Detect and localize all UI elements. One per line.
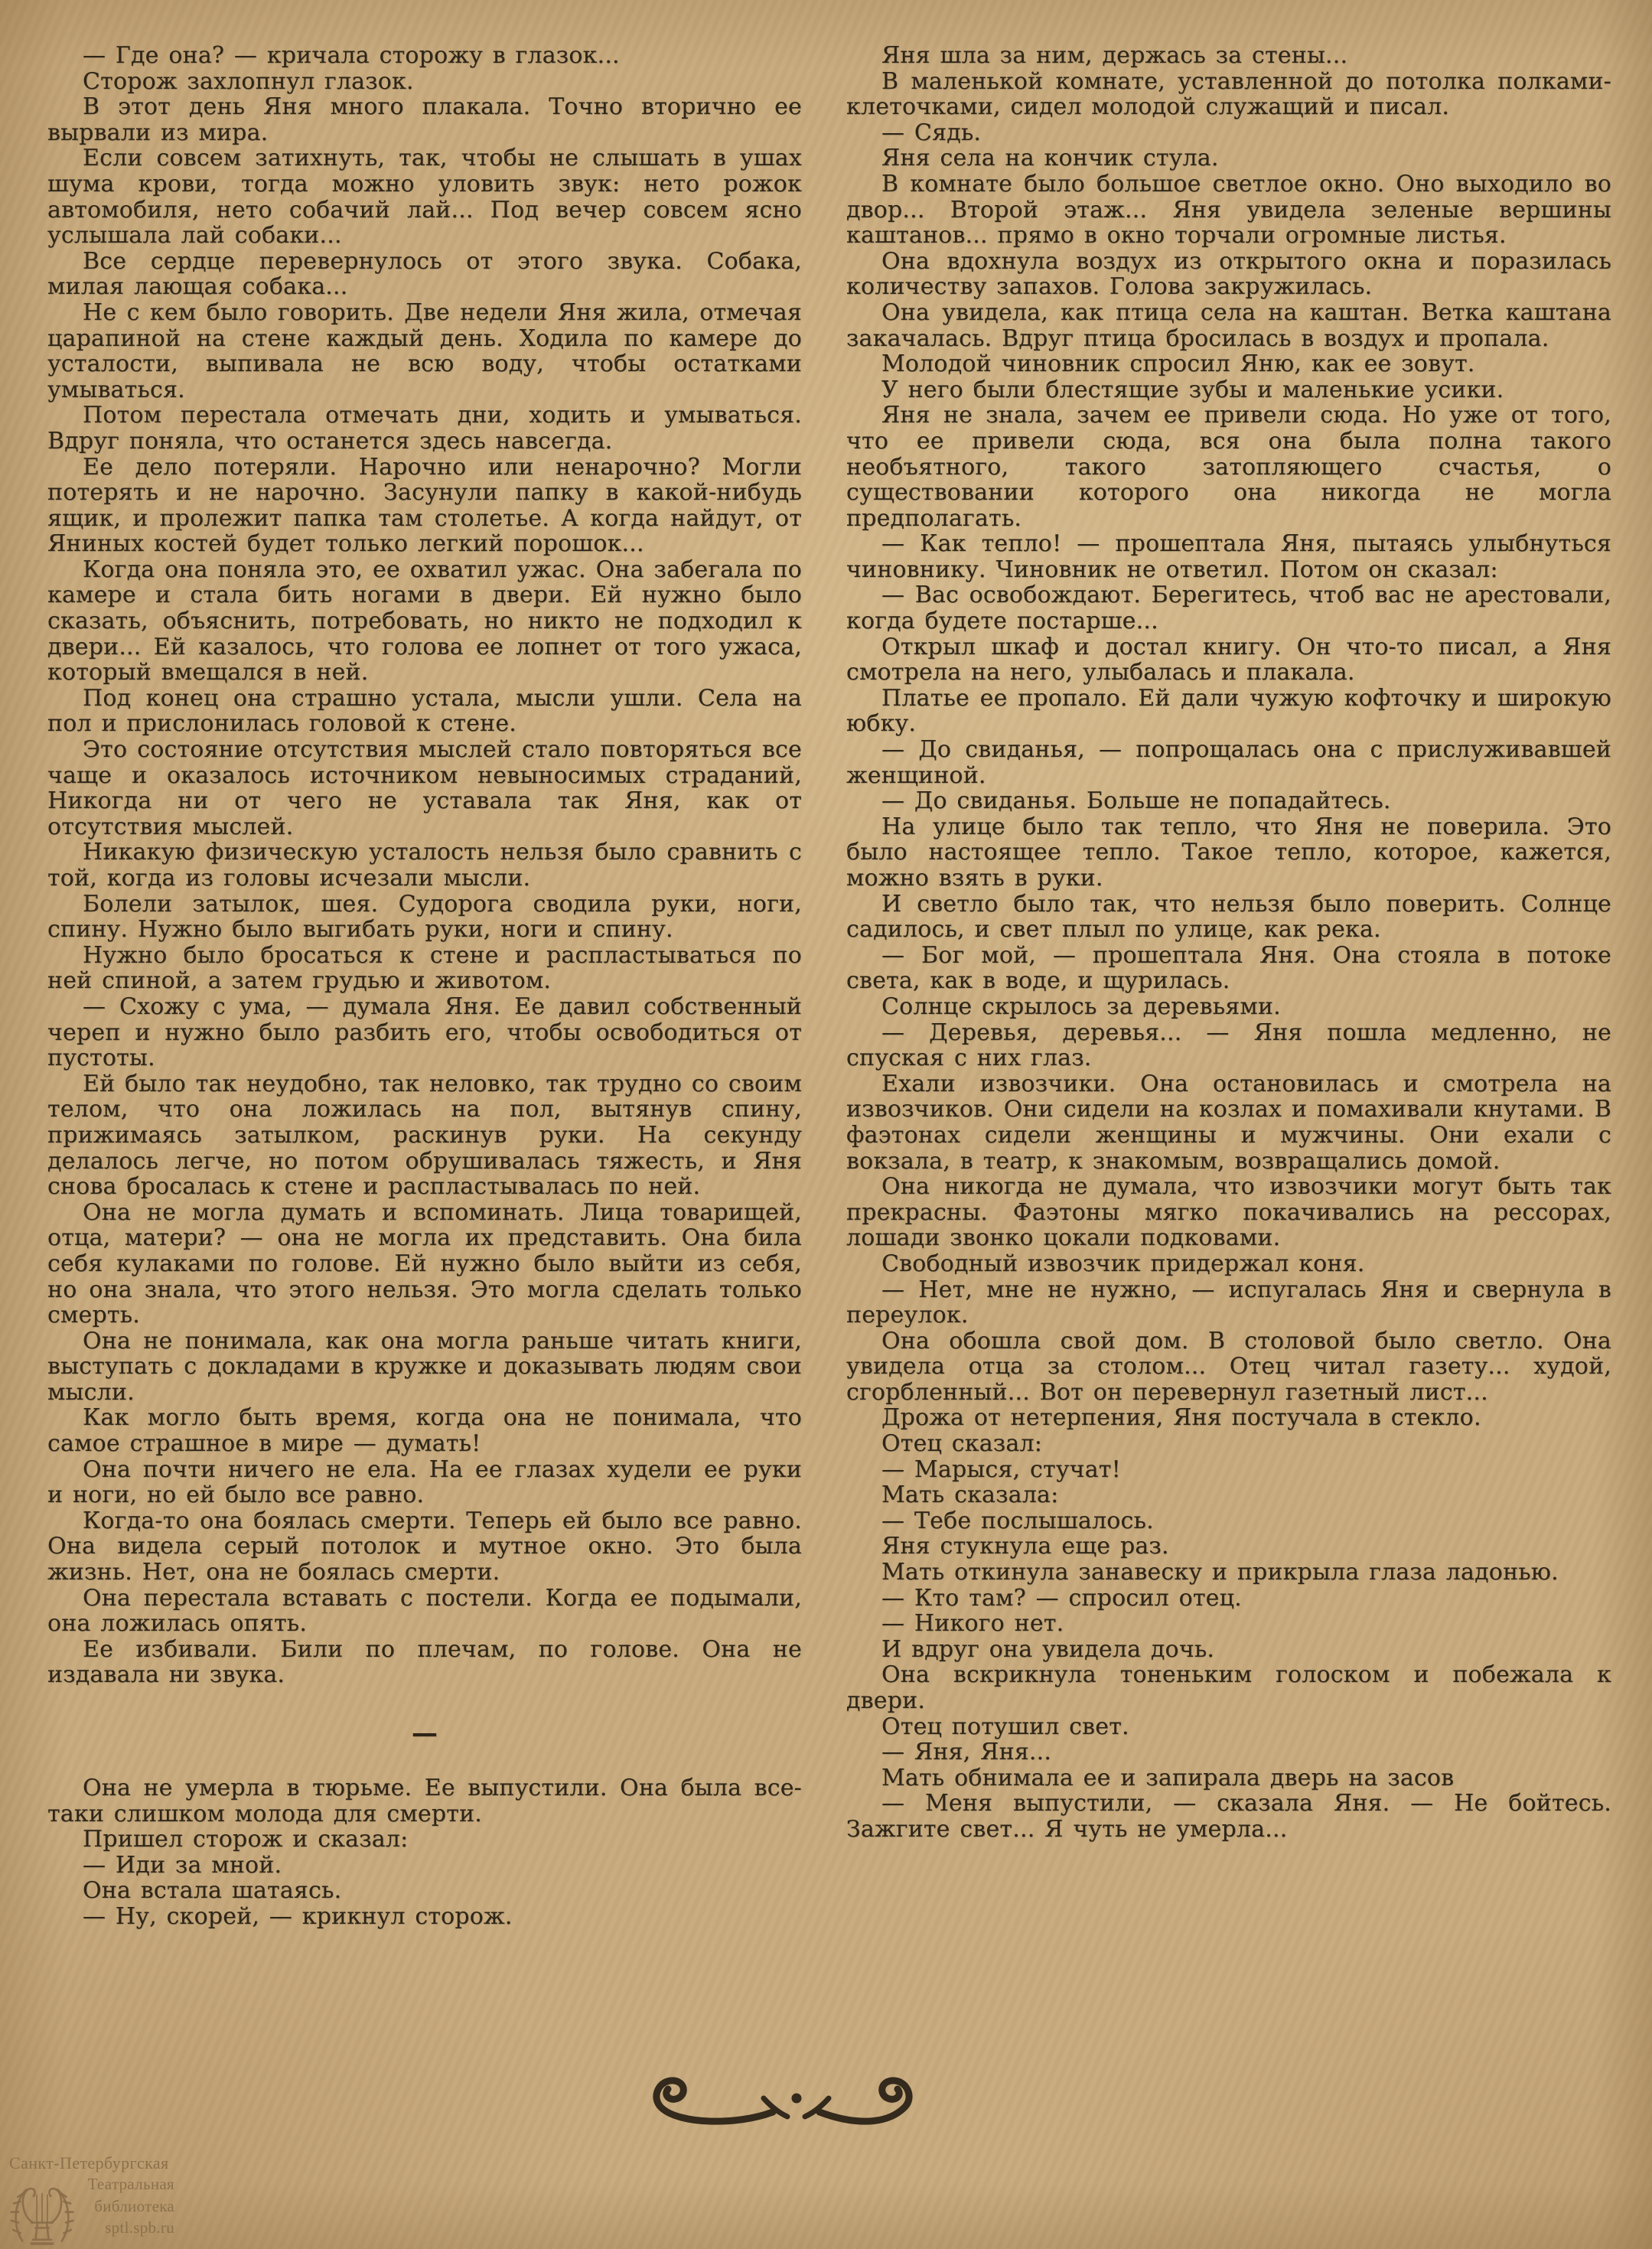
lyre-wreath-icon <box>9 2175 75 2247</box>
paragraph: Платье ее пропало. Ей дали чужую кофточк… <box>846 686 1611 737</box>
paragraph: На улице было так тепло, что Яня не пове… <box>846 814 1611 891</box>
paragraph: Это состояние отсутствия мыслей стало по… <box>47 737 802 839</box>
paragraph: В комнате было большое светлое окно. Оно… <box>846 171 1611 249</box>
paragraph: — До свиданья, — попрощалась она с присл… <box>846 737 1611 788</box>
paragraph: Она обошла свой дом. В столовой было све… <box>846 1328 1611 1406</box>
paragraph: Она вдохнула воздух из открытого окна и … <box>846 249 1611 300</box>
paragraph: Свободный извозчик придержал коня. <box>846 1251 1611 1277</box>
flourish-ornament <box>641 2068 924 2141</box>
paragraph: Пришел сторож и сказал: <box>47 1827 802 1853</box>
paragraph: — Вас освобождают. Берегитесь, чтоб вас … <box>846 582 1611 634</box>
paragraph: Мать откинула занавеску и прикрыла глаза… <box>846 1560 1611 1586</box>
left-column: — Где она? — кричала сторожу в глазок...… <box>47 43 802 1930</box>
left-column-section-1: — Где она? — кричала сторожу в глазок...… <box>47 43 802 1688</box>
paragraph: Отец потушил свет. <box>846 1714 1611 1740</box>
paragraph: — Иди за мной. <box>47 1853 802 1879</box>
library-stamp: Санкт-Петербургская <box>9 2153 174 2247</box>
section-divider: — <box>47 1720 802 1746</box>
paragraph: — Меня выпустили, — сказала Яня. — Не бо… <box>846 1791 1611 1842</box>
paragraph: — Тебе послышалось. <box>846 1508 1611 1534</box>
paragraph: — Как тепло! — прошептала Яня, пытаясь у… <box>846 531 1611 582</box>
paragraph: Она почти ничего не ела. На ее глазах ху… <box>47 1457 802 1508</box>
paragraph: Если совсем затихнуть, так, чтобы не слы… <box>47 145 802 248</box>
paragraph: Дрожа от нетерпения, Яня постучала в сте… <box>846 1405 1611 1431</box>
paragraph: — Нет, мне не нужно, — испугалась Яня и … <box>846 1277 1611 1328</box>
stamp-city-line: Санкт-Петербургская <box>9 2153 174 2173</box>
paragraph: В маленькой комнате, уставленной до пото… <box>846 69 1611 120</box>
paragraph: Ей было так неудобно, так неловко, так т… <box>47 1071 802 1200</box>
paragraph: Потом перестала отмечать дни, ходить и у… <box>47 403 802 454</box>
paragraph: Яня стукнула еще раз. <box>846 1534 1611 1560</box>
paragraph: Когда-то она боялась смерти. Теперь ей б… <box>47 1508 802 1586</box>
paragraph: Молодой чиновник спросил Яню, как ее зов… <box>846 351 1611 377</box>
paragraph: Ее избивали. Били по плечам, по голове. … <box>47 1637 802 1688</box>
paragraph: — Схожу с ума, — думала Яня. Ее давил со… <box>47 994 802 1071</box>
paragraph: Она встала шатаясь. <box>47 1878 802 1904</box>
paragraph: Все сердце перевернулось от этого звука.… <box>47 249 802 300</box>
stamp-url-line: sptl.spb.ru <box>75 2217 174 2239</box>
right-column: Яня шла за ним, держась за стены...В мал… <box>846 43 1611 1843</box>
paragraph: — Кто там? — спросил отец. <box>846 1586 1611 1612</box>
paragraph: Ехали извозчики. Она остановилась и смот… <box>846 1071 1611 1174</box>
paragraph: Открыл шкаф и достал книгу. Он что-то пи… <box>846 634 1611 686</box>
paragraph: Никакую физическую усталость нельзя было… <box>47 839 802 891</box>
paragraph: Она вскрикнула тоненьким голоском и побе… <box>846 1662 1611 1713</box>
paragraph: Не с кем было говорить. Две недели Яня ж… <box>47 300 802 403</box>
paragraph: Сторож захлопнул глазок. <box>47 69 802 95</box>
paragraph: Она не понимала, как она могла раньше чи… <box>47 1328 802 1406</box>
paragraph: — Яня, Яня... <box>846 1739 1611 1765</box>
paragraph: — Деревья, деревья... — Яня пошла медлен… <box>846 1020 1611 1071</box>
paragraph: Она не могла думать и вспоминать. Лица т… <box>47 1200 802 1328</box>
paragraph: — Сядь. <box>846 120 1611 146</box>
paragraph: Яня не знала, зачем ее привели сюда. Но … <box>846 403 1611 531</box>
paragraph: Яня шла за ним, держась за стены... <box>846 43 1611 69</box>
paragraph: — Ну, скорей, — крикнул сторож. <box>47 1904 802 1930</box>
paragraph: Как могло быть время, когда она не поним… <box>47 1405 802 1456</box>
paragraph: Она не умерла в тюрьме. Ее выпустили. Он… <box>47 1775 802 1827</box>
paragraph: Она увидела, как птица села на каштан. В… <box>846 300 1611 351</box>
paragraph: И вдруг она увидела дочь. <box>846 1637 1611 1663</box>
paragraph: Она перестала вставать с постели. Когда … <box>47 1586 802 1637</box>
paragraph: — Никого нет. <box>846 1611 1611 1637</box>
stamp-theatre-line: Театральная <box>75 2173 174 2195</box>
paragraph: Отец сказал: <box>846 1431 1611 1457</box>
paragraph: В этот день Яня много плакала. Точно вто… <box>47 94 802 145</box>
paragraph: — Марыся, стучат! <box>846 1457 1611 1483</box>
right-column-section: Яня шла за ним, держась за стены...В мал… <box>846 43 1611 1843</box>
paragraph: Когда она поняла это, ее охватил ужас. О… <box>47 557 802 686</box>
paragraph: Мать обнимала ее и запирала дверь на зас… <box>846 1765 1611 1791</box>
left-column-section-2: Она не умерла в тюрьме. Ее выпустили. Он… <box>47 1775 802 1930</box>
paragraph: Нужно было бросаться к стене и распласты… <box>47 943 802 994</box>
paragraph: Яня села на кончик стула. <box>846 145 1611 171</box>
paragraph: Мать сказала: <box>846 1482 1611 1508</box>
stamp-library-line: библиотека <box>75 2195 174 2218</box>
paragraph: Солнце скрылось за деревьями. <box>846 994 1611 1020</box>
paragraph: — Бог мой, — прошептала Яня. Она стояла … <box>846 943 1611 994</box>
paragraph: Ее дело потеряли. Нарочно или ненарочно?… <box>47 455 802 557</box>
paragraph: У него были блестящие зубы и маленькие у… <box>846 377 1611 403</box>
paragraph: Болели затылок, шея. Судорога сводила ру… <box>47 891 802 943</box>
paragraph: Под конец она страшно устала, мысли ушли… <box>47 686 802 737</box>
calligraphic-flourish-icon <box>641 2068 924 2141</box>
paragraph: Она никогда не думала, что извозчики мог… <box>846 1174 1611 1251</box>
paragraph: — До свиданья. Больше не попадайтесь. <box>846 788 1611 814</box>
paragraph: И светло было так, что нельзя было повер… <box>846 891 1611 943</box>
paragraph: — Где она? — кричала сторожу в глазок... <box>47 43 802 69</box>
